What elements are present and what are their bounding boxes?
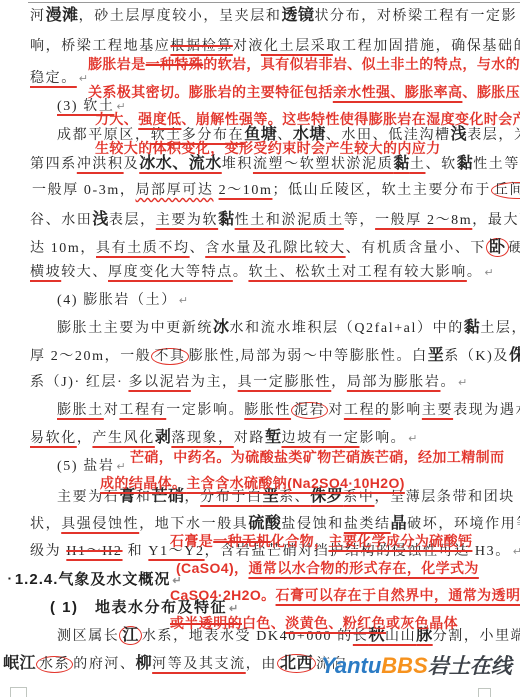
text-segment: 水系 [36, 656, 73, 673]
text-line: 稳定。↵ [30, 72, 88, 86]
margin-marker-bottom-left [10, 687, 27, 697]
text-segment: 关系极其密切。膨胀岩的主要特征包括 [88, 84, 333, 100]
text-line: 易软化，产生风化剥落现象，对路堑边坡有一定影响。↵ [30, 430, 418, 446]
text-segment: 1.2.4.气象及水文概况 [15, 571, 171, 588]
annotation-line: 成的结晶体。主含含水硫酸钠(Na2SO4·10H2O) [100, 476, 405, 490]
paragraph-mark: ↵ [79, 73, 88, 85]
text-line: 岷江水系的府河、柳河等及其支流，由北西流向 [3, 656, 347, 672]
text-line: 膨胀土对工程有一定影响。膨胀性泥岩对工程的影响主要表现为遇水 [57, 404, 520, 418]
text-segment: 膨胀土主要为中更新统 [57, 321, 213, 336]
text-segment: ；低山丘陵区，软土主要分布于 [272, 183, 490, 198]
text-segment: ， [331, 375, 347, 390]
text-segment: 工程的 [344, 403, 391, 418]
text-segment: 对 [328, 403, 344, 418]
text-segment: ，地下水一般具 [139, 517, 248, 532]
text-segment: 、 [190, 241, 206, 256]
text-segment: ，由 [246, 657, 277, 672]
text-segment: 透镜 [281, 7, 314, 24]
text-segment: 冰 [213, 319, 230, 336]
text-segment: 主要化学成分为硫酸钙 [328, 533, 472, 549]
text-segment: 强度低 [138, 111, 181, 127]
text-segment: 为主， [191, 375, 238, 390]
text-segment: 和 [123, 544, 149, 559]
text-line: (5) 盐岩↵ [57, 460, 126, 474]
text-segment: 边坡有一定 [281, 431, 359, 446]
text-segment: 等， [344, 213, 375, 228]
text-segment: 系、 [279, 490, 310, 505]
text-segment: 谷、水田 [30, 213, 92, 228]
text-segment: 浅 [451, 126, 468, 143]
text-segment: 漫滩 [46, 7, 79, 24]
text-line: 一般厚 0-3m，局部厚可达 2～10m；低山丘陵区，软土主要分布于丘间槽 [32, 184, 520, 198]
text-segment: 根据检算 [170, 39, 232, 54]
paragraph-mark: ↵ [513, 546, 520, 558]
text-segment: 或半透明的 [170, 615, 242, 631]
text-segment: 通常以水合物的形式存在，化学式为 [248, 560, 478, 576]
text-segment: 黏 [218, 211, 235, 228]
text-segment: 工程有 [119, 403, 166, 418]
text-segment: H1～H2 [66, 544, 122, 559]
text-line: 主要为石膏和芒硝，分布于白垩系、侏罗系中，呈薄层条带和团块 [57, 489, 515, 505]
text-segment: 多以泥岩 [128, 375, 190, 390]
text-line: 状，具强侵蚀性，地下水一般具硫酸盐侵蚀和盐类结晶破坏，环境作用等 [30, 516, 520, 532]
text-segment: 表现为遇水 [453, 403, 520, 418]
text-segment: 淤泥质土 [281, 213, 343, 228]
text-segment: 分布于白 [200, 490, 262, 505]
text-segment: 石膏可以存在于自然界中，通常为透明 [276, 587, 520, 603]
text-segment: 2～10m [219, 183, 273, 198]
text-segment: 具有似岩非 [261, 56, 333, 72]
text-segment: ，砂土层厚度较小，呈夹层和 [79, 9, 282, 24]
text-segment: 对液化土层采取工程加固措施，确保基础的 [233, 39, 520, 54]
paragraph-mark: ↵ [458, 377, 467, 389]
document-page: 河漫滩，砂土层厚度较小，呈夹层和透镜状分布，对桥梁工程有一定影 响，桥梁工程地基… [0, 0, 520, 697]
text-segment: 状分布，对桥梁工程有一定影 [314, 9, 517, 24]
text-segment: 。 [467, 265, 483, 280]
text-segment: 含水量及孔隙比较大 [205, 241, 345, 256]
text-segment: (4) 膨胀岩（土） [57, 293, 177, 308]
text-segment: ，呈薄层条带和团块 [375, 490, 515, 505]
text-segment: 化合物， [271, 533, 329, 549]
text-segment: 硬层 [509, 241, 520, 256]
paragraph-mark: ↵ [229, 603, 238, 615]
watermark-bbs: BBS [381, 653, 427, 678]
text-segment: 垩 [428, 347, 445, 364]
text-line: 横坡较大、厚度变化大等特点。软土、松软土对工程有较大影响。↵ [30, 266, 494, 280]
text-segment: 较大、 [61, 265, 108, 280]
text-segment: 岩、似土非土的特点，与水的 [333, 56, 520, 72]
text-segment: 主要为石 [57, 490, 119, 505]
text-segment: 影响 [391, 403, 422, 418]
annotation-line: 或半透明的白色、淡黄色、粉红色或灰色晶体 [170, 616, 458, 630]
text-segment: 系中 [343, 490, 374, 505]
text-segment: 第四系 [30, 157, 77, 172]
text-segment: 一种特殊 [146, 56, 204, 72]
text-segment: 响，桥梁工程地基应 [30, 39, 170, 54]
text-segment: 表层， [109, 213, 156, 228]
text-segment: 流塑～软塑状淤泥质 [253, 157, 393, 172]
text-segment: 。 [233, 265, 249, 280]
text-segment: 柳 [136, 655, 153, 672]
text-segment: 局部为膨胀岩 [347, 375, 441, 390]
text-segment: CaSO4·2H2O。 [170, 587, 276, 603]
text-segment: 剥 [155, 429, 172, 446]
text-segment: 、膨胀压 [462, 84, 520, 100]
text-segment: 系（K)及 [444, 349, 509, 364]
text-segment: 河等及其支流 [152, 657, 246, 672]
text-segment: 冰水、流水 [139, 155, 222, 172]
text-segment: 具有土质不均 [96, 241, 190, 256]
text-segment: 和 [136, 490, 152, 505]
text-segment: 状， [30, 517, 61, 532]
text-segment: 土 [410, 157, 426, 172]
paragraph-mark: ↵ [179, 295, 188, 307]
text-segment: 盐类结 [344, 517, 391, 532]
text-segment: 黏 [464, 319, 481, 336]
watermark-yantu-online: 岩土在线 [428, 655, 512, 678]
text-segment: 力大、 [95, 111, 138, 127]
header-rule [28, 2, 520, 3]
text-segment: 生较大的体积变化，变形受约束时会产生较大的内应力 [95, 140, 441, 156]
text-segment: 稳定。 [30, 71, 77, 86]
text-segment: 的软岩， [203, 56, 261, 72]
text-segment: 具一定膨胀性 [238, 375, 332, 390]
text-segment: 水和流水堆积层（Q2fal+al）中的 [230, 321, 464, 336]
text-segment: 易软化 [30, 431, 77, 446]
text-segment: 落现象， [171, 431, 233, 446]
text-segment: 膨胀岩是 [88, 56, 146, 72]
text-segment: 堑 [265, 429, 282, 446]
annotation-line: 力大、强度低、崩解性强等。这些特性使得膨胀岩在湿度变化时会产 [95, 112, 520, 126]
text-segment: 具强侵蚀性 [61, 517, 139, 532]
text-line: 膨胀土主要为中更新统冰水和流水堆积层（Q2fal+al）中的黏土层， [57, 320, 520, 336]
text-segment: 山山 [385, 629, 416, 644]
text-segment: 卧 [486, 238, 509, 257]
text-segment: 一般厚 0-3m， [32, 183, 135, 198]
text-segment: 泥岩 [291, 402, 328, 419]
text-segment: 软土、松软土对工程有较大影响 [248, 265, 466, 280]
text-segment: 芒硝，中药名。为硫酸盐类矿物芒硝族芒硝，经加工精制而 [130, 449, 504, 465]
text-segment: 冲洪积 [77, 157, 124, 172]
text-segment: ， [77, 431, 93, 446]
annotation-line: CaSO4·2H2O。石膏可以存在于自然界中，通常为透明 [170, 588, 520, 602]
text-segment: 性土和 [235, 213, 282, 228]
text-segment: 产生风化 [92, 431, 154, 446]
text-segment: 对路 [234, 431, 265, 446]
text-segment: 黏 [393, 155, 410, 172]
text-segment: 一种无机 [213, 533, 271, 549]
text-line: 谷、水田浅表层，主要为软黏性土和淤泥质土等，一般厚 2～8m，最大可 [30, 212, 520, 228]
text-segment: 主要 [422, 403, 453, 418]
text-segment: 及 [124, 157, 140, 172]
text-segment: 白色、 [242, 615, 285, 631]
text-segment: 影响。 [359, 431, 406, 446]
text-line: 响，桥梁工程地基应根据检算对液化土层采取工程加固措施，确保基础的 [30, 40, 520, 54]
text-segment: 石膏是 [170, 533, 213, 549]
text-segment: 分割，小里端为 [433, 629, 520, 644]
text-segment: 不具 [151, 348, 188, 365]
text-line: 河漫滩，砂土层厚度较小，呈夹层和透镜状分布，对桥梁工程有一定影 [30, 8, 517, 24]
text-line: 厚 2～20m，一般不具膨胀性,局部为弱～中等膨胀性。白垩系（K)及侏罗 [30, 348, 520, 364]
annotation-line: 生较大的体积变化，变形受约束时会产生较大的内应力 [95, 141, 441, 155]
text-segment: 膨胀性,局部为弱～中等膨胀性。白 [189, 349, 428, 364]
paragraph-mark: ↵ [116, 461, 125, 473]
text-segment: 北西 [277, 654, 316, 673]
text-segment: 破坏，环境作用等 [407, 517, 520, 532]
text-segment: 盐侵蚀和 [281, 517, 343, 532]
text-segment: 侏罗 [509, 347, 520, 364]
text-segment: 表层，为 [467, 128, 520, 143]
text-segment: 厚度变化大等特点 [108, 265, 233, 280]
text-segment: 成的结晶体。 [100, 475, 186, 491]
text-segment: 堆积 [222, 157, 253, 172]
text-segment: 黏 [457, 155, 474, 172]
text-segment: 土层， [480, 321, 520, 336]
text-segment: ▪ [8, 574, 11, 583]
paragraph-mark: ↵ [408, 433, 417, 445]
text-segment: 岷江 [3, 655, 36, 672]
text-segment: 一般厚 2～8m [375, 213, 472, 228]
annotation-line: 芒硝，中药名。为硫酸盐类矿物芒硝族芒硝，经加工精制而 [130, 450, 504, 464]
text-segment: 、软 [425, 157, 456, 172]
text-line: (4) 膨胀岩（土）↵ [57, 294, 188, 308]
annotation-line: (CaSO4)，通常以水合物的形式存在，化学式为 [176, 561, 479, 575]
text-line: 第四系冲洪积及冰水、流水堆积流塑～软塑状淤泥质黏土、软黏性土等， [30, 156, 520, 172]
annotation-line: 膨胀岩是一种特殊的软岩，具有似岩非岩、似土非土的特点，与水的 [88, 57, 520, 71]
text-segment: 主要为软 [156, 213, 218, 228]
text-segment: 对 [104, 403, 120, 418]
text-segment: 主含含水硫酸钠(Na2SO4·10H2O) [186, 475, 404, 491]
text-line: 系（J)· 红层· 多以泥岩为主，具一定膨胀性，局部为膨胀岩。↵ [30, 376, 467, 390]
text-segment: 浅 [92, 211, 109, 228]
text-line: 达 10m，具有土质不均、含水量及孔隙比较大、有机质含量小、下卧硬层 [30, 240, 520, 256]
text-segment: 横坡 [30, 265, 61, 280]
text-segment: 局部厚可达 [135, 183, 213, 198]
text-segment: 的府河、 [73, 657, 135, 672]
paragraph-mark: ↵ [484, 267, 493, 279]
text-segment: 膨胀性 [244, 403, 291, 418]
text-segment: (CaSO4)， [176, 560, 248, 576]
text-segment: 、有机质含量小、下 [346, 241, 486, 256]
text-segment: 水系，地表水受 DK40+000 的 [142, 629, 353, 644]
text-segment: 亲水性强、膨胀率高 [333, 84, 463, 100]
text-segment: 丘间槽 [491, 182, 520, 199]
annotation-line: 关系极其密切。膨胀岩的主要特征包括亲水性强、膨胀率高、膨胀压 [88, 85, 520, 99]
text-segment: 膨胀土 [57, 403, 104, 418]
text-segment: 长 [353, 629, 369, 644]
margin-marker-bottom-right [478, 688, 491, 697]
text-segment: 。 [440, 375, 456, 390]
text-segment: 晶 [391, 515, 408, 532]
text-segment: 、崩解性强等。这些特性使得膨胀岩在湿度变化时会产 [181, 111, 520, 127]
text-segment: 系（J)· 红层· [30, 375, 128, 390]
text-segment: 厚 2～20m，一般 [30, 349, 151, 364]
text-segment: 一定影响。 [166, 403, 244, 418]
text-segment: 或灰色晶体 [386, 615, 458, 631]
text-segment: 测区属长 [57, 629, 119, 644]
watermark: YantuBBS岩土在线 [321, 650, 512, 680]
annotation-line: 石膏是一种无机化合物，主要化学成分为硫酸钙 [170, 534, 472, 548]
text-segment: 河 [30, 9, 46, 24]
section-heading: ▪1.2.4.气象及水文概况↵ [8, 572, 182, 587]
watermark-yantu: Yantu [321, 653, 381, 678]
text-segment: 达 10m， [30, 241, 96, 256]
text-segment: 性土等， [473, 157, 520, 172]
text-segment: 淡黄色、粉红色 [285, 615, 386, 631]
text-segment: 硫酸 [248, 515, 281, 532]
text-segment: ，最大可 [472, 213, 520, 228]
paragraph-mark: ↵ [172, 575, 181, 587]
text-segment: ， [185, 490, 201, 505]
text-segment: 级为 [30, 544, 66, 559]
text-segment: 江 [119, 626, 142, 645]
text-segment: (5) 盐岩 [57, 459, 114, 474]
